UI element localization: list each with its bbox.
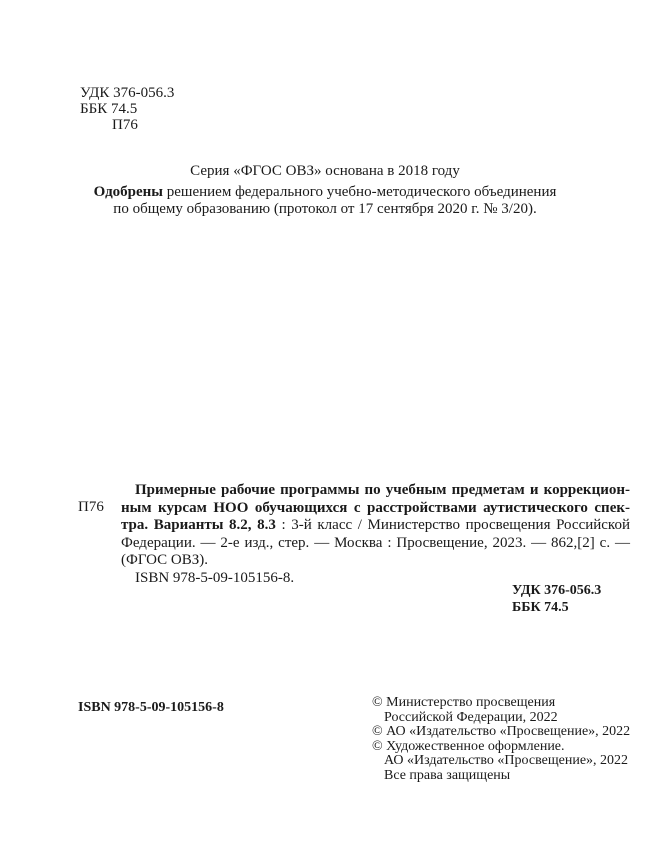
title-line-3: тра. Варианты 8.2, 8.3 : 3-й класс / Мин… xyxy=(121,517,630,535)
title-line-1: Примерные рабочие программы по учебным п… xyxy=(121,482,630,500)
title-line-2: ным курсам НОО обучающихся с расстройств… xyxy=(121,500,630,518)
catalog-udk: УДК 376-056.3 xyxy=(512,582,601,599)
copyright-block: © Министерство просвещения Российской Фе… xyxy=(372,696,630,783)
approval-bold: Одобрены xyxy=(94,184,163,200)
isbn-main: ISBN 978-5-09-105156-8 xyxy=(78,700,224,716)
copyright-line-3: © АО «Издательство «Просвещение», 2022 xyxy=(372,725,630,740)
udk-code: УДК 376-056.3 xyxy=(80,85,174,101)
publication-line: Федерации. — 2-е изд., стер. — Москва : … xyxy=(121,535,630,553)
approval-note: Одобрены решением федерального учебно-ме… xyxy=(0,184,650,218)
catalog-bbk: ББК 74.5 xyxy=(512,599,601,616)
approval-line-1-rest: решением федерального учебно-методическо… xyxy=(163,184,556,200)
author-mark: П76 xyxy=(80,117,174,133)
approval-line-2: по общему образованию (протокол от 17 се… xyxy=(0,201,650,218)
copyright-line-6: Все права защищены xyxy=(372,769,630,784)
bbk-code: ББК 74.5 xyxy=(80,101,174,117)
copyright-line-4: © Художественное оформление. xyxy=(372,740,630,755)
copyright-line-1: © Министерство просвещения xyxy=(372,696,630,711)
series-note: (ФГОС ОВЗ). xyxy=(121,552,630,570)
catalog-codes: УДК 376-056.3 ББК 74.5 xyxy=(512,582,601,616)
catalog-author-mark: П76 xyxy=(78,499,104,516)
copyright-line-5: АО «Издательство «Просвещение», 2022 xyxy=(372,754,630,769)
title-line-3-bold: тра. Варианты 8.2, 8.3 xyxy=(121,517,276,533)
copyright-line-2: Российской Федерации, 2022 xyxy=(372,711,630,726)
bibliographic-record: Примерные рабочие программы по учебным п… xyxy=(121,482,630,587)
series-line: Серия «ФГОС ОВЗ» основана в 2018 году xyxy=(0,163,650,180)
approval-line-1: Одобрены решением федерального учебно-ме… xyxy=(0,184,650,201)
classification-index-block: УДК 376-056.3 ББК 74.5 П76 xyxy=(80,85,174,133)
title-line-3-rest: : 3-й класс / Министерство просвещения Р… xyxy=(276,517,630,533)
